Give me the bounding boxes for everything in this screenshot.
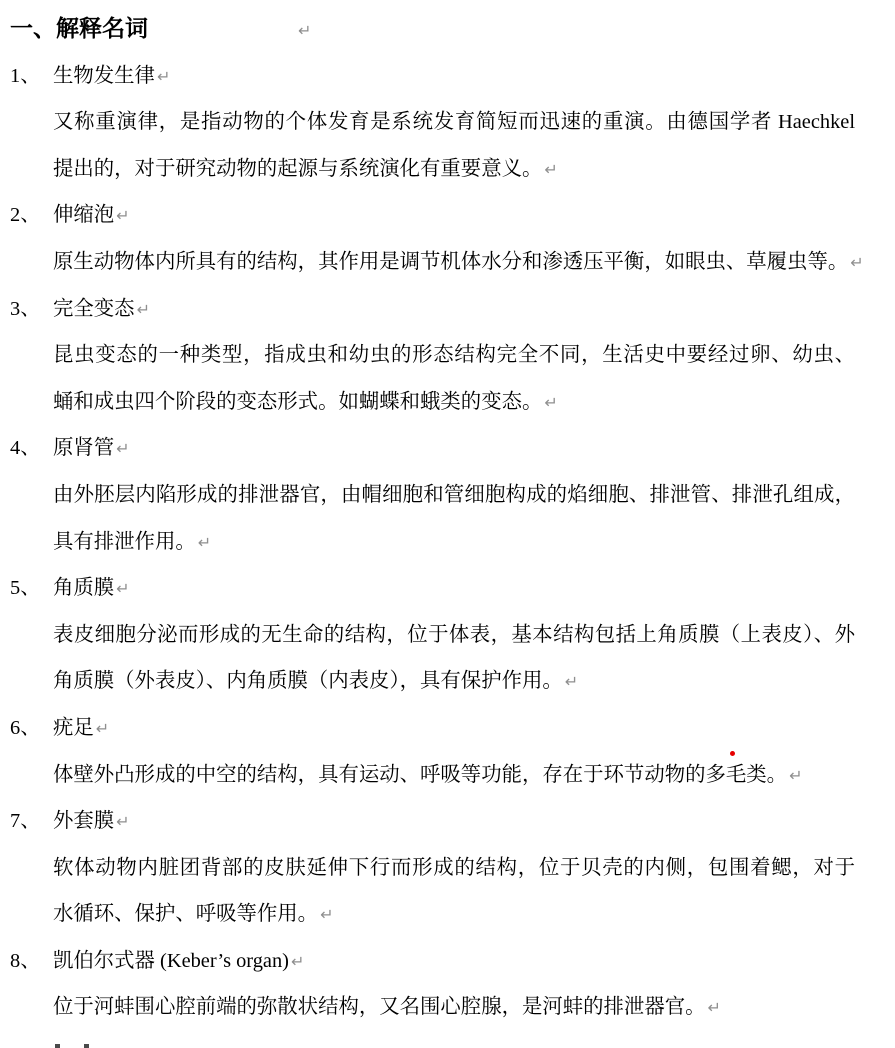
document-body: 一、解释名词↵1、生物发生律↵又称重演律，是指动物的个体发育是系统发育简短而迅速… [0,6,895,1031]
definition-line[interactable]: 原生动物体内所具有的结构，其作用是调节机体水分和渗透压平衡，如眼虫、草履虫等。↵ [0,239,895,286]
term-text: 完全变态 [53,298,135,320]
paragraph-mark-icon: ↵ [198,533,211,552]
clipped-character-top [55,1044,60,1048]
definition-text: 提出的，对于研究动物的起源与系统演化有重要意义。 [53,158,542,180]
definition-text: 由外胚层内陷形成的排泄器官，由帽细胞和管细胞构成的焰细胞、排泄管、排泄孔组成， [53,472,855,519]
term-text: 外套膜 [53,810,114,832]
definition-text: 位于河蚌围心腔前端的弥散状结构，又名围心腔腺，是河蚌的排泄器官。 [53,996,706,1018]
paragraph-mark-icon: ↵ [116,206,129,225]
item-number: 8、 [10,938,41,985]
paragraph-mark-icon: ↵ [116,439,129,458]
definition-line[interactable]: 昆虫变态的一种类型，指成虫和幼虫的形态结构完全不同，生活史中要经过卵、幼虫、 [0,332,895,379]
term-line-3[interactable]: 3、完全变态↵ [0,286,895,333]
paragraph-mark-icon: ↵ [320,905,333,924]
paragraph-mark-icon: ↵ [850,253,863,272]
definition-line[interactable]: 又称重演律，是指动物的个体发育是系统发育简短而迅速的重演。由德国学者 Haech… [0,99,895,146]
definition-line[interactable]: 由外胚层内陷形成的排泄器官，由帽细胞和管细胞构成的焰细胞、排泄管、排泄孔组成， [0,472,895,519]
term-text: 疣足 [53,717,94,739]
paragraph-mark-icon: ↵ [96,719,109,738]
paragraph-mark-icon: ↵ [116,579,129,598]
term-text: 伸缩泡 [53,204,114,226]
definition-text: 原生动物体内所具有的结构，其作用是调节机体水分和渗透压平衡，如眼虫、草履虫等。 [53,251,848,273]
term-line-8[interactable]: 8、凯伯尔式器 (Keber’s organ)↵ [0,938,895,985]
paragraph-mark-icon: ↵ [116,812,129,831]
definition-text: 昆虫变态的一种类型，指成虫和幼虫的形态结构完全不同，生活史中要经过卵、幼虫、 [53,332,855,379]
item-number: 6、 [10,705,41,752]
item-number: 5、 [10,565,41,612]
definition-text: 水循环、保护、呼吸等作用。 [53,903,318,925]
document-page[interactable]: 一、解释名词↵1、生物发生律↵又称重演律，是指动物的个体发育是系统发育简短而迅速… [0,0,895,1048]
definition-line[interactable]: 水循环、保护、呼吸等作用。↵ [0,891,895,938]
paragraph-mark-icon: ↵ [789,766,802,785]
definition-text: 体壁外凸形成的中空的结构，具有运动、呼吸等功能，存在于环节动物的多毛类。 [53,764,787,786]
term-line-1[interactable]: 1、生物发生律↵ [0,53,895,100]
definition-text: 软体动物内脏团背部的皮肤延伸下行而形成的结构，位于贝壳的内侧，包围着鳃，对于 [53,845,855,892]
definition-line[interactable]: 体壁外凸形成的中空的结构，具有运动、呼吸等功能，存在于环节动物的多毛类。↵ [0,752,895,799]
definition-text: 表皮细胞分泌而形成的无生命的结构，位于体表，基本结构包括上角质膜（上表皮）、外 [53,612,855,659]
paragraph-mark-icon: ↵ [298,21,311,40]
paragraph-mark-icon: ↵ [708,998,721,1017]
term-text: 角质膜 [53,577,114,599]
definition-line[interactable]: 提出的，对于研究动物的起源与系统演化有重要意义。↵ [0,146,895,193]
heading-title: 解释名词 [56,16,148,41]
heading-number: 一、 [10,6,56,53]
definition-line[interactable]: 具有排泄作用。↵ [0,519,895,566]
proofing-red-dot [730,751,735,756]
paragraph-mark-icon: ↵ [565,672,578,691]
item-number: 4、 [10,425,41,472]
definition-line[interactable]: 角质膜（外表皮）、内角质膜（内表皮），具有保护作用。↵ [0,658,895,705]
section-heading[interactable]: 一、解释名词↵ [0,6,895,53]
paragraph-mark-icon: ↵ [291,952,304,971]
definition-line[interactable]: 蛹和成虫四个阶段的变态形式。如蝴蝶和蛾类的变态。↵ [0,379,895,426]
paragraph-mark-icon: ↵ [544,160,557,179]
definition-text: 又称重演律，是指动物的个体发育是系统发育简短而迅速的重演。由德国学者 Haech… [53,99,855,146]
term-line-5[interactable]: 5、角质膜↵ [0,565,895,612]
item-number: 3、 [10,286,41,333]
term-text: 生物发生律 [53,65,155,87]
term-line-7[interactable]: 7、外套膜↵ [0,798,895,845]
definition-line[interactable]: 位于河蚌围心腔前端的弥散状结构，又名围心腔腺，是河蚌的排泄器官。↵ [0,984,895,1031]
term-line-2[interactable]: 2、伸缩泡↵ [0,192,895,239]
definition-text: 蛹和成虫四个阶段的变态形式。如蝴蝶和蛾类的变态。 [53,391,542,413]
paragraph-mark-icon: ↵ [137,300,150,319]
term-line-6[interactable]: 6、疣足↵ [0,705,895,752]
definition-text: 角质膜（外表皮）、内角质膜（内表皮），具有保护作用。 [53,670,563,692]
paragraph-mark-icon: ↵ [544,393,557,412]
item-number: 1、 [10,53,41,100]
item-number: 7、 [10,798,41,845]
term-line-4[interactable]: 4、原肾管↵ [0,425,895,472]
term-text: 凯伯尔式器 (Keber’s organ) [53,950,289,972]
definition-text: 具有排泄作用。 [53,531,196,553]
paragraph-mark-icon: ↵ [157,67,170,86]
definition-line[interactable]: 软体动物内脏团背部的皮肤延伸下行而形成的结构，位于贝壳的内侧，包围着鳃，对于 [0,845,895,892]
item-number: 2、 [10,192,41,239]
term-text: 原肾管 [53,437,114,459]
clipped-character-top [84,1044,89,1048]
definition-line[interactable]: 表皮细胞分泌而形成的无生命的结构，位于体表，基本结构包括上角质膜（上表皮）、外 [0,612,895,659]
